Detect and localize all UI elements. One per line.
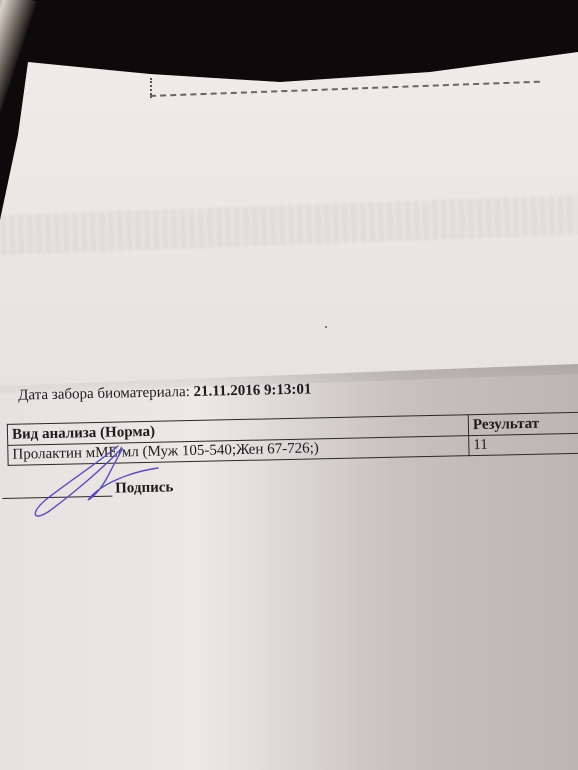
sample-date: Дата забора биоматериала: 21.11.2016 9:1…	[18, 381, 312, 404]
sample-date-value: 21.11.2016 9:13:01	[193, 381, 311, 399]
sample-date-label: Дата забора биоматериала:	[18, 384, 190, 404]
paper-speck	[325, 326, 327, 328]
cell-result-value: 11	[469, 433, 578, 456]
header-result: Результат	[468, 412, 578, 436]
handwritten-signature	[0, 436, 200, 526]
